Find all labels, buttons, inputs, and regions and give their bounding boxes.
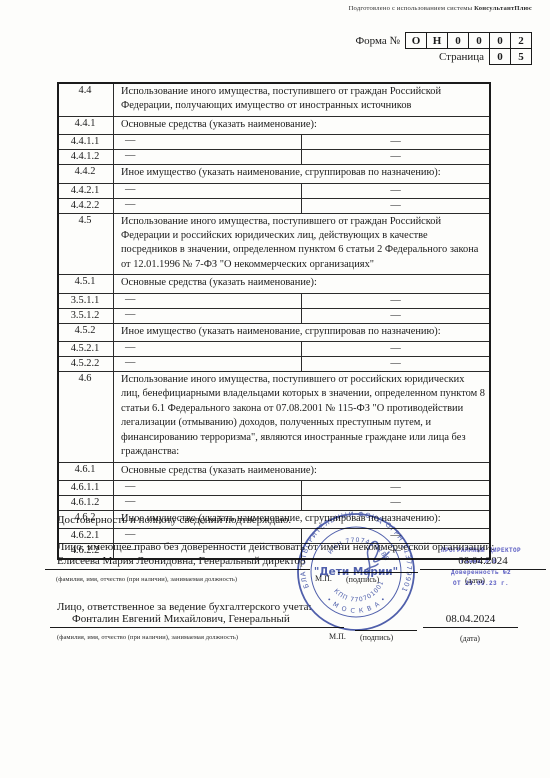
table-row: 4.4.1.1——: [58, 135, 490, 150]
row-number: 4.5: [58, 213, 114, 275]
attorney-stamp-line: Ганжа Л.В.: [424, 556, 538, 567]
table-row: 3.5.1.1——: [58, 293, 490, 308]
row-value-amount: —: [302, 308, 490, 323]
row-number: 3.5.1.1: [58, 293, 114, 308]
table-row: 4.5Использование иного имущества, поступ…: [58, 213, 490, 275]
prepared-note-brand: КонсультантПлюс: [474, 5, 532, 12]
row-value-name: —: [114, 342, 302, 357]
table-row: 4.6.1.1——: [58, 480, 490, 495]
row-value-name: —: [114, 183, 302, 198]
row-number: 4.4: [58, 83, 114, 116]
name-caption: (фамилия, имя, отчество (при наличии), з…: [57, 634, 238, 641]
table-row: 4.6Использование иного имущества, поступ…: [58, 372, 490, 462]
form-char-cell: 2: [510, 32, 532, 49]
table-row: 4.4.1Основные средства (указать наименов…: [58, 116, 490, 134]
row-description: Иное имущество (указать наименование, сг…: [114, 323, 491, 341]
prepared-note: Подготовлено с использованием системы Ко…: [349, 5, 532, 12]
authorized-person-name: Елисеева Мария Леонидовна, Генеральный д…: [45, 555, 310, 570]
row-value-amount: —: [302, 198, 490, 213]
prepared-note-text: Подготовлено с использованием системы: [349, 5, 475, 12]
row-number: 4.6.1: [58, 462, 114, 480]
row-number: 4.4.1.1: [58, 135, 114, 150]
row-value-name: —: [114, 495, 302, 510]
organization-seal: БЛАГОТВОРИТЕЛЬНЫЙ ФОНД ОГРН 1137799018 И…: [292, 508, 420, 636]
row-description: Основные средства (указать наименование)…: [114, 462, 491, 480]
attorney-stamp-line: Доверенность №2: [424, 567, 538, 578]
row-value-amount: —: [302, 183, 490, 198]
row-value-amount: —: [302, 480, 490, 495]
row-description: Иное имущество (указать наименование, сг…: [114, 165, 491, 183]
row-value-name: —: [114, 135, 302, 150]
attorney-stamp-line: ОТ 29.09.23 г.: [424, 578, 538, 589]
row-description: Использование иного имущества, поступивш…: [114, 83, 491, 116]
row-value-name: —: [114, 293, 302, 308]
table-row: 4.5.1Основные средства (указать наименов…: [58, 275, 490, 293]
row-value-name: —: [114, 357, 302, 372]
form-label: Форма №: [355, 35, 400, 47]
row-value-name: —: [114, 308, 302, 323]
row-value-amount: —: [302, 342, 490, 357]
row-number: 4.5.1: [58, 275, 114, 293]
table-row: 4.4.2.1——: [58, 183, 490, 198]
table-row: 4.4.1.2——: [58, 150, 490, 165]
accountant-date: 08.04.2024: [423, 613, 518, 628]
form-code-cells: ОН0002: [406, 32, 532, 49]
table-row: 3.5.1.2——: [58, 308, 490, 323]
row-value-name: —: [114, 150, 302, 165]
table-row: 4.6.1.2——: [58, 495, 490, 510]
document-page: Подготовлено с использованием системы Ко…: [0, 0, 550, 778]
form-char-cell: 0: [489, 32, 511, 49]
row-number: 3.5.1.2: [58, 308, 114, 323]
report-table: 4.4Использование иного имущества, поступ…: [57, 82, 491, 560]
form-char-cell: Н: [426, 32, 448, 49]
seal-ring-text: БЛАГОТВОРИТЕЛЬНЫЙ ФОНД ОГРН 1137799018: [292, 508, 413, 594]
form-code-row: Форма № ОН0002: [355, 32, 532, 49]
row-description: Использование иного имущества, поступивш…: [114, 372, 491, 462]
form-page-row: Страница 05: [355, 48, 532, 65]
row-number: 4.4.2.2: [58, 198, 114, 213]
row-number: 4.5.2: [58, 323, 114, 341]
row-description: Основные средства (указать наименование)…: [114, 116, 491, 134]
table-row: 4.5.2.1——: [58, 342, 490, 357]
row-value-amount: —: [302, 293, 490, 308]
row-number: 4.5.2.1: [58, 342, 114, 357]
row-value-name: —: [114, 198, 302, 213]
table-row: 4.4.2.2——: [58, 198, 490, 213]
seal-ring-textpath: БЛАГОТВОРИТЕЛЬНЫЙ ФОНД ОГРН 1137799018: [292, 508, 413, 594]
row-number: 4.4.1.2: [58, 150, 114, 165]
row-description: Основные средства (указать наименование)…: [114, 275, 491, 293]
page-label: Страница: [439, 51, 484, 63]
form-char-cell: 0: [468, 32, 490, 49]
attorney-stamp-line: ПРОГРАММНЫЙ ДИРЕКТОР: [424, 545, 538, 556]
confirm-statement: Достоверность и полноту сведений подтвер…: [57, 514, 291, 526]
row-value-amount: —: [302, 135, 490, 150]
report-table-body: 4.4Использование иного имущества, поступ…: [58, 83, 490, 559]
table-row: 4.6.1Основные средства (указать наименов…: [58, 462, 490, 480]
row-number: 4.6: [58, 372, 114, 462]
seal-center-text: "Дети Марии": [314, 566, 398, 578]
row-description: Использование иного имущества, поступивш…: [114, 213, 491, 275]
table-row: 4.4.2Иное имущество (указать наименовани…: [58, 165, 490, 183]
table-row: 4.4Использование иного имущества, поступ…: [58, 83, 490, 116]
form-char-cell: 5: [510, 48, 532, 65]
attorney-stamp: ПРОГРАММНЫЙ ДИРЕКТОР Ганжа Л.В. Доверенн…: [424, 545, 538, 589]
row-value-name: —: [114, 480, 302, 495]
row-value-amount: —: [302, 150, 490, 165]
row-number: 4.5.2.2: [58, 357, 114, 372]
row-number: 4.4.2.1: [58, 183, 114, 198]
accountant-label: Лицо, ответственное за ведение бухгалтер…: [57, 601, 312, 613]
date-caption: (дата): [460, 634, 480, 643]
form-char-cell: 0: [489, 48, 511, 65]
row-number: 4.6.1.2: [58, 495, 114, 510]
form-char-cell: 0: [447, 32, 469, 49]
table-row: 4.5.2.2——: [58, 357, 490, 372]
form-number-box: Форма № ОН0002 Страница 05: [355, 32, 532, 65]
row-number: 4.4.1: [58, 116, 114, 134]
form-page-cells: 05: [490, 48, 532, 65]
table-row: 4.5.2Иное имущество (указать наименовани…: [58, 323, 490, 341]
row-number: 4.4.2: [58, 165, 114, 183]
row-value-amount: —: [302, 357, 490, 372]
name-caption: (фамилия, имя, отчество (при наличии), з…: [56, 576, 237, 583]
row-number: 4.6.1.1: [58, 480, 114, 495]
form-char-cell: О: [405, 32, 427, 49]
